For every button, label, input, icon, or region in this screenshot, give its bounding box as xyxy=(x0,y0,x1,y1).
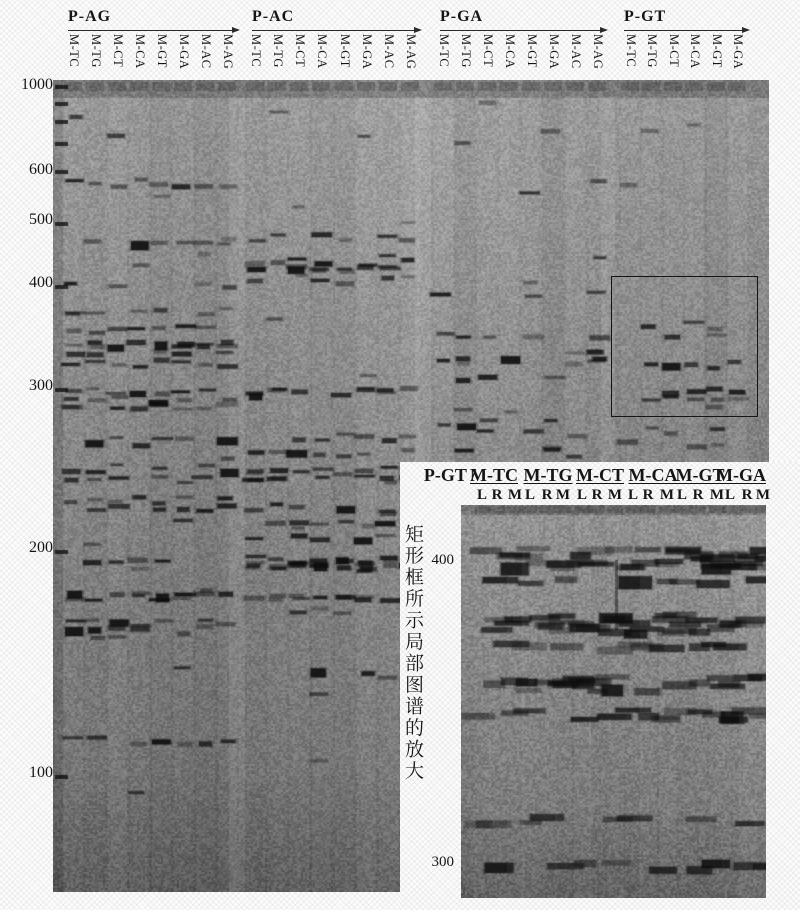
size-marker-label: 300 xyxy=(4,377,53,395)
lane-label: M-CT xyxy=(110,34,125,67)
lane-label: M-TC xyxy=(623,34,638,67)
primer-group-arrow xyxy=(252,30,420,31)
size-marker-label: 200 xyxy=(4,539,53,557)
inset-lane-label: M-TG xyxy=(524,465,573,486)
lane-label: M-AG xyxy=(220,34,235,69)
inset-sublane-label: L xyxy=(628,487,638,504)
lane-label: M-CT xyxy=(292,34,307,67)
inset-sublane-label: L xyxy=(725,487,735,504)
figure-page: P-GT / 矩形框所示局部图谱的放大 P-AGM-TCM-TGM-CTM-CA… xyxy=(0,0,800,910)
inset-lane-label: M-CT xyxy=(576,465,624,486)
lane-label: M-TC xyxy=(66,34,81,67)
size-marker-label: 400 xyxy=(4,274,53,292)
lane-label: M-CA xyxy=(502,34,517,69)
inset-sublane-label: R xyxy=(542,487,553,504)
size-marker-label: 500 xyxy=(4,211,53,229)
lane-label: M-GT xyxy=(337,34,352,68)
lane-label: M-AG xyxy=(590,34,605,69)
lane-label: M-AC xyxy=(198,34,213,69)
lane-label: M-GA xyxy=(730,34,745,69)
primer-group-arrow xyxy=(440,30,606,31)
inset-sublane-label: R xyxy=(643,487,654,504)
inset-size-marker-label: 300 xyxy=(418,854,454,871)
inset-sublane-label: L xyxy=(577,487,587,504)
size-marker-label: 600 xyxy=(4,161,53,179)
inset-sublane-label: M xyxy=(660,487,674,504)
inset-sublane-label: M xyxy=(508,487,522,504)
lane-label: M-CA xyxy=(132,34,147,69)
inset-lane-label: M-TC xyxy=(470,465,518,486)
lane-label: M-AG xyxy=(403,34,418,69)
lane-label: M-CA xyxy=(314,34,329,69)
lane-label: M-TC xyxy=(248,34,263,67)
lane-label: M-TG xyxy=(644,34,659,68)
lane-label: M-GA xyxy=(176,34,191,69)
primer-group-arrow xyxy=(624,30,748,31)
primer-group-label: P-AC xyxy=(252,8,294,26)
lane-label: M-GA xyxy=(359,34,374,69)
lane-label: M-AC xyxy=(381,34,396,69)
inset-sublane-label: R xyxy=(693,487,704,504)
lane-label: M-TC xyxy=(436,34,451,67)
inset-sublane-label: M xyxy=(756,487,770,504)
lane-label: M-CT xyxy=(480,34,495,67)
primer-group-label: P-GA xyxy=(440,8,483,26)
lane-label: M-GT xyxy=(154,34,169,68)
inset-title-prefix: P-GT / xyxy=(396,465,476,486)
inset-lane-label: M-CA xyxy=(629,465,678,486)
inset-sublane-label: L xyxy=(677,487,687,504)
lane-label: M-TG xyxy=(88,34,103,68)
primer-group-label: P-GT xyxy=(624,8,666,26)
primer-group-arrow xyxy=(68,30,238,31)
inset-sublane-label: M xyxy=(556,487,570,504)
lane-label: M-GA xyxy=(546,34,561,69)
inset-sublane-label: R xyxy=(492,487,503,504)
size-marker-label: 100 xyxy=(4,764,53,782)
lane-label: M-CA xyxy=(687,34,702,69)
inset-sublane-label: R xyxy=(592,487,603,504)
primer-group-label: P-AG xyxy=(68,8,111,26)
inset-sublane-label: R xyxy=(742,487,753,504)
inset-lane-label: M-GA xyxy=(716,465,766,486)
lane-label: M-GT xyxy=(709,34,724,68)
lane-label: M-TG xyxy=(270,34,285,68)
lane-label: M-TG xyxy=(458,34,473,68)
inset-sublane-label: M xyxy=(710,487,724,504)
inset-sublane-label: L xyxy=(477,487,487,504)
lane-label: M-GT xyxy=(524,34,539,68)
inset-sublane-label: L xyxy=(525,487,535,504)
roi-rectangle xyxy=(611,276,758,417)
inset-sublane-label: M xyxy=(608,487,622,504)
lane-label: M-CT xyxy=(666,34,681,67)
inset-size-marker-label: 400 xyxy=(418,552,454,569)
size-marker-label: 1000 xyxy=(4,76,53,94)
inset-gel-image xyxy=(461,505,766,898)
lane-label: M-AC xyxy=(568,34,583,69)
